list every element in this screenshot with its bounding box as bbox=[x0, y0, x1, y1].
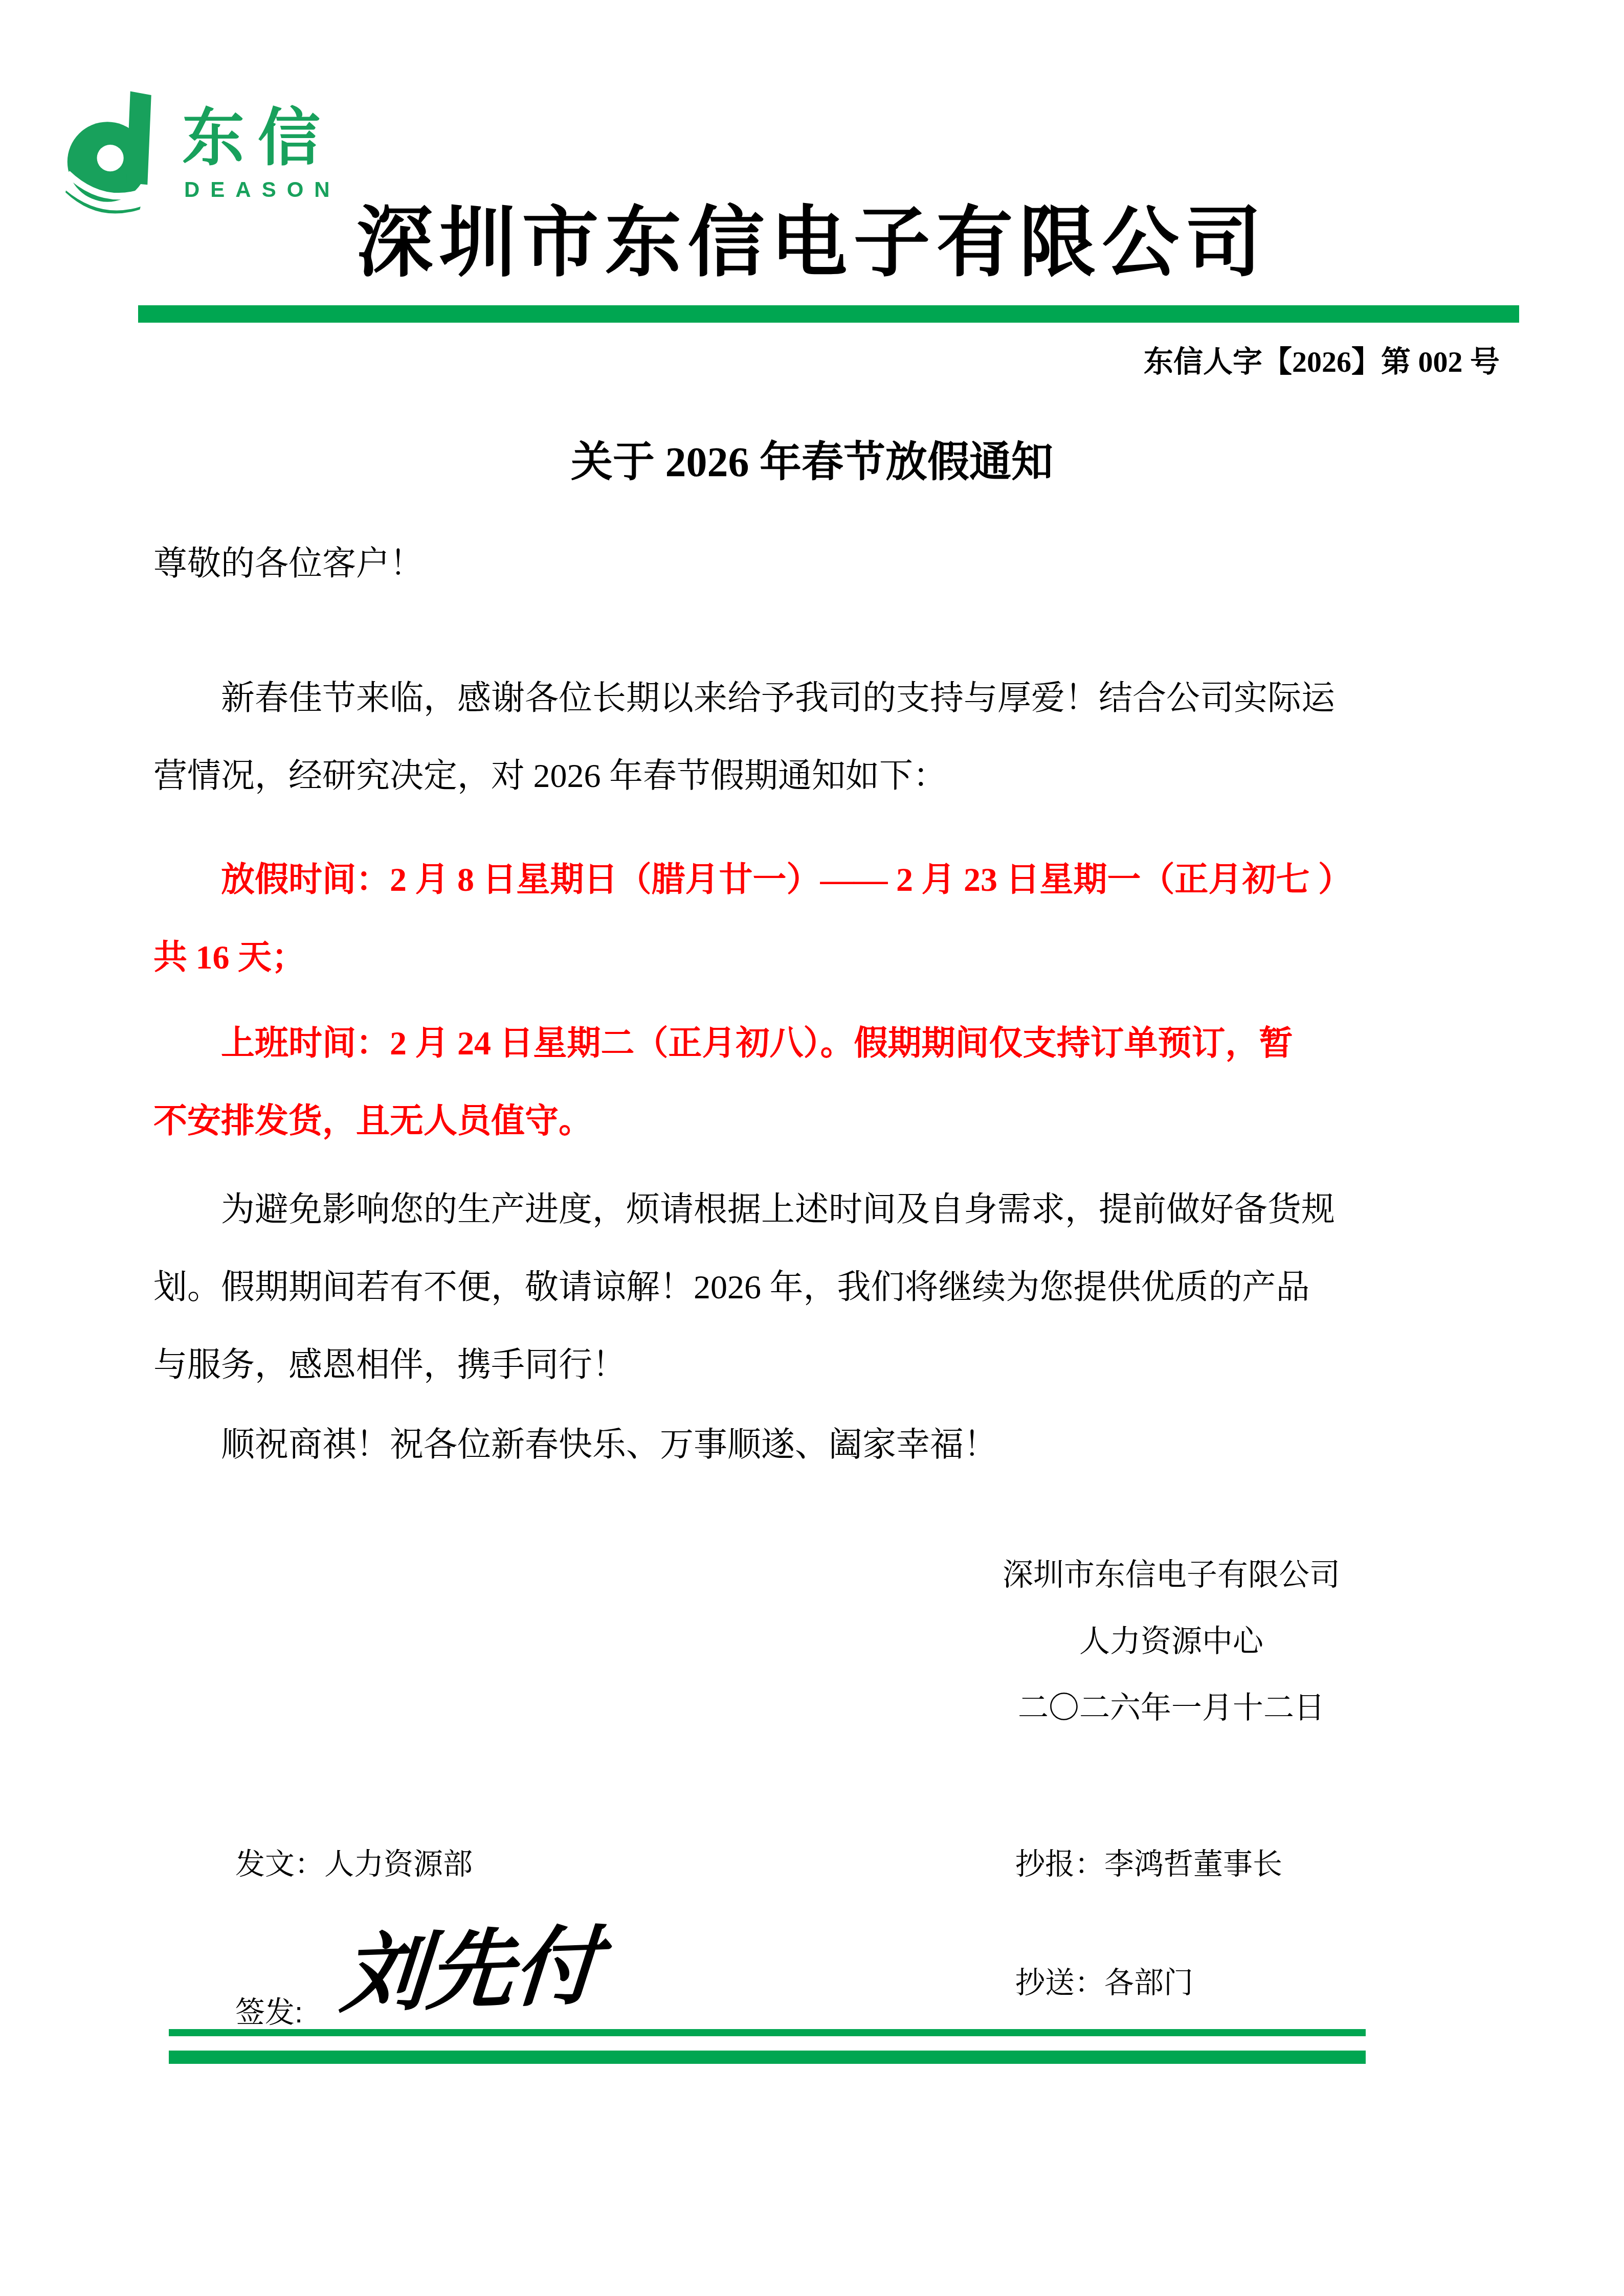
salutation: 尊敬的各位客户！ bbox=[153, 536, 424, 584]
paragraph-line: 放假时间：2 月 8 日星期日（腊月廿一）—— 2 月 23 日星期一（正月初七… bbox=[153, 841, 1502, 919]
signoff-block: 深圳市东信电子有限公司 人力资源中心 二〇二六年一月十二日 bbox=[962, 1542, 1381, 1741]
handwritten-signature: 刘先付 bbox=[323, 1914, 618, 2027]
signoff-department: 人力资源中心 bbox=[962, 1608, 1381, 1675]
footer-copy-to: 抄报：李鸿哲董事长 bbox=[1015, 1840, 1282, 1883]
paragraph-line: 顺祝商祺！祝各位新春快乐、万事顺遂、阖家幸福！ bbox=[153, 1406, 1502, 1484]
footer-cc: 抄送：各部门 bbox=[1015, 1959, 1193, 2001]
paragraph-line: 为避免影响您的生产进度，烦请根据上述时间及自身需求，提前做好备货规 bbox=[153, 1171, 1502, 1249]
company-title: 深圳市东信电子有限公司 bbox=[0, 198, 1624, 287]
footer-green-line-bottom bbox=[169, 2051, 1366, 2064]
footer-signed-by-label: 签发: bbox=[235, 1988, 303, 2031]
issued-by-label: 发文： bbox=[235, 1848, 324, 1881]
paragraph-holiday-time: 放假时间：2 月 8 日星期日（腊月廿一）—— 2 月 23 日星期一（正月初七… bbox=[153, 841, 1502, 997]
paragraph-line: 划。假期期间若有不便，敬请谅解！2026 年，我们将继续为您提供优质的产品 bbox=[153, 1249, 1502, 1326]
copy-to-label: 抄报： bbox=[1015, 1848, 1104, 1881]
document-number: 东信人字【2026】第 002 号 bbox=[153, 337, 1500, 380]
signoff-date: 二〇二六年一月十二日 bbox=[962, 1675, 1381, 1741]
notice-document-page: 东信 DEASON 深圳市东信电子有限公司 东信人字【2026】第 002 号 … bbox=[0, 0, 1624, 2296]
paragraph-line: 不安排发货，且无人员值守。 bbox=[153, 1083, 1502, 1160]
document-title: 关于 2026 年春节放假通知 bbox=[0, 429, 1624, 488]
issued-by-value: 人力资源部 bbox=[324, 1848, 473, 1881]
paragraph-line: 与服务，感恩相伴，携手同行！ bbox=[153, 1326, 1502, 1404]
cc-value: 各部门 bbox=[1104, 1966, 1193, 1999]
paragraph-advice: 为避免影响您的生产进度，烦请根据上述时间及自身需求，提前做好备货规 划。假期期间… bbox=[153, 1171, 1502, 1404]
paragraph-wishes: 顺祝商祺！祝各位新春快乐、万事顺遂、阖家幸福！ bbox=[153, 1406, 1502, 1484]
footer-issued-by: 发文：人力资源部 bbox=[235, 1840, 473, 1883]
paragraph-work-time: 上班时间：2 月 24 日星期二（正月初八）。假期期间仅支持订单预订，暂 不安排… bbox=[153, 1005, 1502, 1160]
logo-zh-text: 东信 bbox=[182, 106, 333, 169]
footer-green-line-top bbox=[169, 2029, 1366, 2036]
paragraph-line: 新春佳节来临，感谢各位长期以来给予我司的支持与厚爱！结合公司实际运 bbox=[153, 660, 1502, 737]
paragraph-line: 共 16 天； bbox=[153, 919, 1502, 997]
signoff-company: 深圳市东信电子有限公司 bbox=[962, 1542, 1381, 1608]
signed-by-label: 签发: bbox=[235, 1996, 303, 2029]
header-green-bar bbox=[138, 305, 1519, 323]
paragraph-intro: 新春佳节来临，感谢各位长期以来给予我司的支持与厚爱！结合公司实际运 营情况，经研… bbox=[153, 660, 1502, 815]
paragraph-line: 营情况，经研究决定，对 2026 年春节假期通知如下： bbox=[153, 737, 1502, 815]
logo-en-text: DEASON bbox=[184, 179, 341, 200]
cc-label: 抄送： bbox=[1015, 1966, 1104, 1999]
copy-to-value: 李鸿哲董事长 bbox=[1104, 1848, 1282, 1881]
company-logo-icon bbox=[65, 89, 170, 214]
paragraph-line: 上班时间：2 月 24 日星期二（正月初八）。假期期间仅支持订单预订，暂 bbox=[153, 1005, 1502, 1083]
